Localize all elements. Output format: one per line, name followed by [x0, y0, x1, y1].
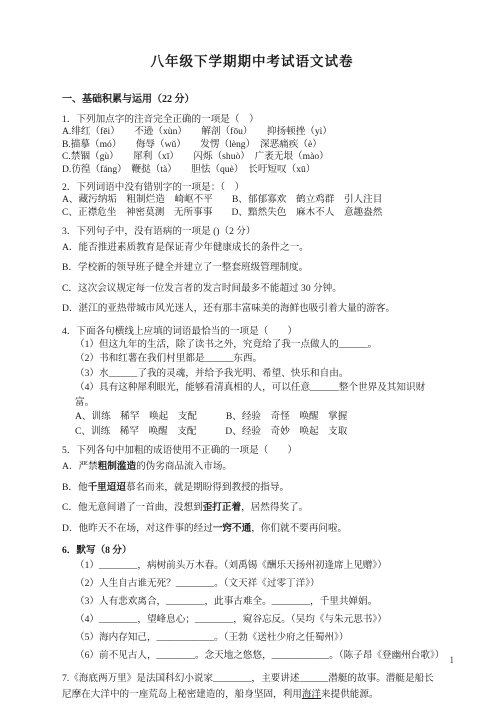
question-1-stem: 1．下列加点字的注音完全正确的一项是（ ） [62, 113, 442, 126]
question-4-options-row-cd: C、训练 稀罕 唤醒 支配 D、经验 奇妙 唤起 支取 [62, 425, 442, 440]
question-3-option-b: B．学校新的领导班子健全并建立了一整套班级管理制度。 [62, 258, 442, 279]
option-text: 慕名而来，就是期盼得到教授的指导。 [126, 482, 289, 493]
question-2-options-row-cd: C、正襟危坐 神密莫测 无所事事 D、黯然失色 麻木不人 意趣盎然 [62, 207, 442, 220]
question-6-item-6: （6）前不见古人，________。念天地之悠悠，____________。（陈… [62, 647, 442, 665]
question-5-option-b: B．他千里迢迢慕名而来，就是期盼得到教授的指导。 [62, 478, 442, 499]
question-7-underlined-word: 海洋 [302, 689, 321, 700]
option-text: A．严禁 [62, 461, 98, 472]
section-1-heading: 一、基础积累与运用（22 分） [62, 90, 442, 105]
option-text: ，你们就不要再问啦。 [251, 523, 347, 534]
bold-idiom: 一窍不通 [213, 523, 251, 534]
question-1-option-a: A.绯红（fēi） 不逊（xùn） 解剖（fōu） 抑扬顿挫（yì） [62, 126, 442, 139]
question-5-option-c: C．他无意间谱了一首曲，没想到歪打正着，居然得奖了。 [62, 498, 442, 519]
question-6-item-4: （4）________，望峰息心；________，窥谷忘反。（吴均《与朱元思书… [62, 611, 442, 629]
option-text: B．他 [62, 482, 88, 493]
question-6-item-5: （5）海内存知己，____________。（王勃《送杜少府之任蜀州》） [62, 629, 442, 647]
question-1-option-b: B.描摹（mó） 侮辱（wǔ） 发愣（lèng） 深恶痛疾（è） [62, 139, 442, 152]
question-4-options-row-ab: A、训练 稀罕 唤起 支配 B、经验 奇怪 唤醒 掌握 [62, 410, 442, 425]
option-text: D．他昨天不在场，对这件事的经过 [62, 523, 213, 534]
option-text: 的伪劣商品流入市场。 [136, 461, 232, 472]
bold-idiom: 千里迢迢 [88, 482, 126, 493]
question-2-options-row-ab: A、藏污纳垢 粗制烂造 崎岖不平 B、郁郁寡欢 鹤立鸡群 引人注目 [62, 194, 442, 207]
question-3-option-a: A．能否推进素质教育是保证青少年健康成长的条件之一。 [62, 238, 442, 259]
question-3-option-c: C．这次会议规定每一位发言者的发言时间最多不能超过 30 分钟。 [62, 279, 442, 300]
question-5-option-a: A．严禁粗制滥造的伪劣商品流入市场。 [62, 457, 442, 478]
option-text: ，居然得奖了。 [241, 502, 308, 513]
question-3-option-d: D．湛江的亚热带城市风光迷人，还有那丰富味美的海鲜也吸引着大量的游客。 [62, 299, 442, 320]
bold-idiom: 粗制滥造 [98, 461, 136, 472]
question-5-option-d: D．他昨天不在场，对这件事的经过一窍不通，你们就不要再问啦。 [62, 519, 442, 540]
question-4-item-3: （3）水______了我的灵魂，并给予我光明、希望、快乐和自由。 [62, 367, 442, 382]
question-4-stem: 4．下面各句横线上应填的词语最恰当的一项是（ ） [62, 325, 442, 338]
question-3-stem: 3．下列句子中，没有语病的一项是 ()（2 分） [62, 225, 442, 238]
option-text: C．他无意间谱了一首曲，没想到 [62, 502, 203, 513]
question-4-item-4: （4）具有这种犀利眼光，能够看清真相的人，可以任意______整个世界及其知识财… [62, 381, 442, 410]
bold-idiom: 歪打正着 [203, 502, 241, 513]
question-4-item-2: （2）书和红薯在我们村里都是______东西。 [62, 352, 442, 367]
exam-paper-page: 八年级下学期期中考试语文试卷 一、基础积累与运用（22 分） 1．下列加点字的注… [0, 0, 500, 707]
question-6-stem: 6．默写（8 分） [62, 544, 442, 557]
exam-title: 八年级下学期期中考试语文试卷 [62, 50, 442, 70]
page-number: 1 [450, 655, 455, 665]
question-7: 7.《海底两万里》是法国科幻小说家________，主要讲述______潜艇的故… [62, 671, 442, 702]
question-6-item-3: （3）人有悲欢离合，________，此事古难全。________，千里共婵娟。 [62, 593, 442, 611]
question-7-text: 来提供能源。 [321, 689, 379, 700]
question-1-option-d: D.彷徨（fáng） 鞭挞（tà） 胆怯（què） 长吁短叹（xū） [62, 164, 442, 177]
question-4-item-1: （1）但这九年的生活，除了读书之外，究竟给了我一点做人的______。 [62, 338, 442, 353]
question-5-stem: 5．下列各句中加粗的成语使用不正确的一项是（ ） [62, 444, 442, 457]
question-6-item-1: （1）________，病树前头万木春。（刘禹锡《酬乐天扬州初逢席上见赠》） [62, 557, 442, 575]
question-2-stem: 2．下列词语中没有错别字的一项是：（ ） [62, 181, 442, 194]
question-6-item-2: （2）人生自古谁无死？________。（文天祥《过零丁洋》） [62, 575, 442, 593]
question-1-option-c: C.禁锢（gù） 犀利（xī） 闪烁（shuò） 广袤无垠（mào） [62, 151, 442, 164]
